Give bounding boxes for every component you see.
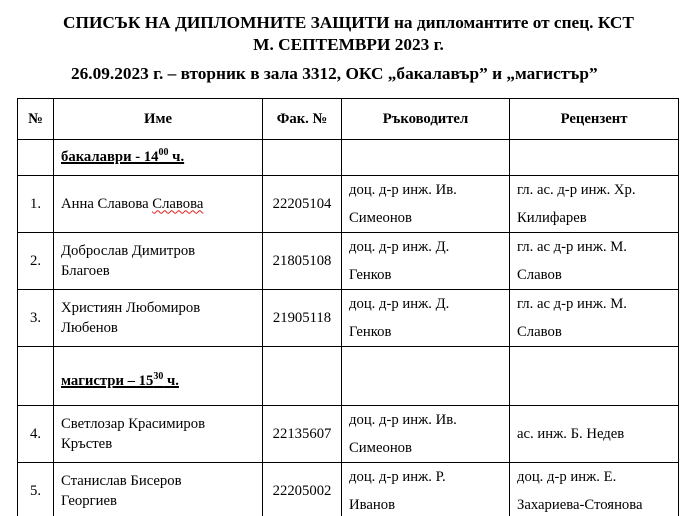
faculty-number: 21805108 bbox=[263, 233, 342, 290]
section-time-minutes: 00 bbox=[158, 147, 168, 158]
supervisor: доц. д-р инж. Ив.Симеонов bbox=[342, 406, 510, 463]
student-name-line: Светлозар Красимиров bbox=[61, 414, 255, 434]
header-faculty-number: Фак. № bbox=[263, 99, 342, 140]
faculty-number: 22205104 bbox=[263, 176, 342, 233]
section-time-suffix: ч. bbox=[168, 149, 184, 165]
student-name-line: Станислав Бисеров bbox=[61, 471, 255, 491]
document-title-line1: СПИСЪК НА ДИПЛОМНИТЕ ЗАЩИТИ на дипломант… bbox=[0, 13, 697, 33]
empty-cell bbox=[18, 347, 54, 406]
student-name-line: Доброслав Димитров bbox=[61, 241, 255, 261]
row-number: 1. bbox=[18, 176, 54, 233]
section-label-masters: магистри – 1530 ч. bbox=[54, 347, 263, 406]
reviewer-line: Захариева-Стоянова bbox=[517, 491, 671, 516]
reviewer-line: гл. ас. д-р инж. Хр. bbox=[517, 176, 671, 204]
empty-cell bbox=[263, 140, 342, 176]
section-label-bachelors: бакалаври - 1400 ч. bbox=[54, 140, 263, 176]
student-name: Анна Славова Славова bbox=[54, 176, 263, 233]
supervisor-line: доц. д-р инж. Д. bbox=[349, 233, 502, 261]
empty-cell bbox=[263, 347, 342, 406]
supervisor: доц. д-р инж. Ив.Симеонов bbox=[342, 176, 510, 233]
student-name-line: Кръстев bbox=[61, 434, 255, 454]
empty-cell bbox=[342, 140, 510, 176]
header-number: № bbox=[18, 99, 54, 140]
student-name: Станислав БисеровГеоргиев bbox=[54, 463, 263, 516]
supervisor: доц. д-р инж. Д.Генков bbox=[342, 233, 510, 290]
document-title-line2: М. СЕПТЕМВРИ 2023 г. bbox=[0, 35, 697, 55]
supervisor-line: доц. д-р инж. Д. bbox=[349, 290, 502, 318]
row-number: 5. bbox=[18, 463, 54, 516]
faculty-number: 22135607 bbox=[263, 406, 342, 463]
empty-cell bbox=[18, 140, 54, 176]
reviewer-line: доц. д-р инж. Е. bbox=[517, 463, 671, 491]
title-text: СПИСЪК НА ДИПЛОМНИТЕ ЗАЩИТИ на дипломант… bbox=[63, 13, 634, 32]
section-row-bachelors: бакалаври - 1400 ч. bbox=[18, 140, 679, 176]
table-row: 1. Анна Славова Славова 22205104 доц. д-… bbox=[18, 176, 679, 233]
reviewer: гл. ас. д-р инж. Хр.Килифарев bbox=[510, 176, 679, 233]
table-row: 2. Доброслав ДимитровБлагоев 21805108 до… bbox=[18, 233, 679, 290]
student-name-part: Анна Славова bbox=[61, 196, 152, 212]
table-row: 5. Станислав БисеровГеоргиев 22205002 до… bbox=[18, 463, 679, 516]
header-reviewer: Рецензент bbox=[510, 99, 679, 140]
supervisor-line: Иванов bbox=[349, 491, 502, 516]
reviewer-line: Славов bbox=[517, 318, 671, 346]
reviewer: ас. инж. Б. Недев bbox=[510, 406, 679, 463]
student-name: Светлозар КрасимировКръстев bbox=[54, 406, 263, 463]
empty-cell bbox=[342, 347, 510, 406]
supervisor-line: Симеонов bbox=[349, 434, 502, 462]
table-row: 3. Християн ЛюбомировЛюбенов 21905118 до… bbox=[18, 290, 679, 347]
supervisor: доц. д-р инж. Р.Иванов bbox=[342, 463, 510, 516]
student-name: Доброслав ДимитровБлагоев bbox=[54, 233, 263, 290]
supervisor-line: доц. д-р инж. Ив. bbox=[349, 176, 502, 204]
reviewer-line: Славов bbox=[517, 261, 671, 289]
section-label-text: бакалаври - 14 bbox=[61, 149, 158, 165]
supervisor-line: Генков bbox=[349, 318, 502, 346]
reviewer-line: гл. ас д-р инж. М. bbox=[517, 290, 671, 318]
supervisor-line: доц. д-р инж. Р. bbox=[349, 463, 502, 491]
supervisor-line: доц. д-р инж. Ив. bbox=[349, 406, 502, 434]
faculty-number: 22205002 bbox=[263, 463, 342, 516]
section-label-text: магистри – 15 bbox=[61, 373, 153, 389]
reviewer-line: Килифарев bbox=[517, 204, 671, 232]
student-name-line: Християн Любомиров bbox=[61, 298, 255, 318]
header-name: Име bbox=[54, 99, 263, 140]
table-header-row: № Име Фак. № Ръководител Рецензент bbox=[18, 99, 679, 140]
student-name-spellcheck-word: Славова bbox=[152, 196, 203, 212]
section-time-minutes: 30 bbox=[153, 371, 163, 382]
student-name-line: Георгиев bbox=[61, 491, 255, 511]
document-subtitle: 26.09.2023 г. – вторник в зала 3312, ОКС… bbox=[71, 63, 598, 85]
supervisor: доц. д-р инж. Д.Генков bbox=[342, 290, 510, 347]
table-row: 4. Светлозар КрасимировКръстев 22135607 … bbox=[18, 406, 679, 463]
section-row-masters: магистри – 1530 ч. bbox=[18, 347, 679, 406]
header-supervisor: Ръководител bbox=[342, 99, 510, 140]
student-name-line: Благоев bbox=[61, 261, 255, 281]
supervisor-line: Генков bbox=[349, 261, 502, 289]
reviewer: гл. ас д-р инж. М.Славов bbox=[510, 290, 679, 347]
row-number: 4. bbox=[18, 406, 54, 463]
empty-cell bbox=[510, 347, 679, 406]
defense-schedule-table: № Име Фак. № Ръководител Рецензент бакал… bbox=[17, 98, 679, 516]
row-number: 2. bbox=[18, 233, 54, 290]
reviewer: гл. ас д-р инж. М.Славов bbox=[510, 233, 679, 290]
row-number: 3. bbox=[18, 290, 54, 347]
student-name: Християн ЛюбомировЛюбенов bbox=[54, 290, 263, 347]
empty-cell bbox=[510, 140, 679, 176]
reviewer: доц. д-р инж. Е.Захариева-Стоянова bbox=[510, 463, 679, 516]
supervisor-line: Симеонов bbox=[349, 204, 502, 232]
student-name-line: Любенов bbox=[61, 318, 255, 338]
reviewer-line: гл. ас д-р инж. М. bbox=[517, 233, 671, 261]
section-time-suffix: ч. bbox=[163, 373, 179, 389]
faculty-number: 21905118 bbox=[263, 290, 342, 347]
